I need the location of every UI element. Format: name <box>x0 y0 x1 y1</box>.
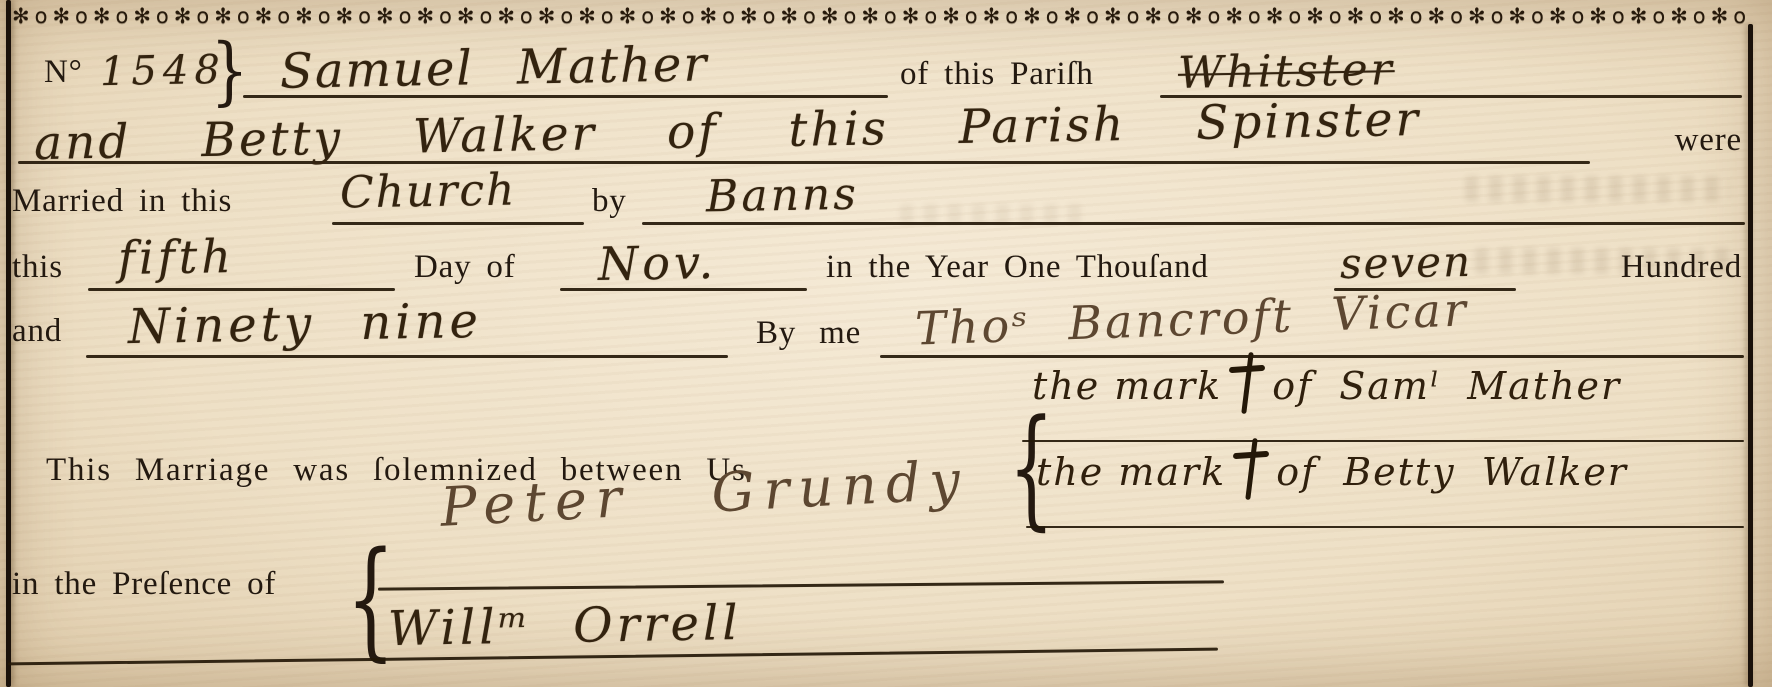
printed-hundred: Hundred <box>1621 249 1742 286</box>
witness-signature-2: Willᵐ Orrell <box>388 595 743 657</box>
entry-number: 1548 <box>100 47 227 95</box>
entry-rule <box>86 355 728 358</box>
page-right-edge <box>1748 24 1753 687</box>
bride-mark-post: of Betty Walker <box>1276 450 1628 494</box>
entry-rule <box>642 222 1745 225</box>
presence-printed: in the Preſence of <box>12 566 276 603</box>
fleuron-border-icon: ✻o✻o✻o✻o✻o✻o✻o✻o✻o✻o✻o✻o✻o✻o✻o✻o✻o✻o✻o✻o… <box>12 1 1750 33</box>
printed-this: this <box>12 249 63 286</box>
register-page: ✻o✻o✻o✻o✻o✻o✻o✻o✻o✻o✻o✻o✻o✻o✻o✻o✻o✻o✻o✻o… <box>0 0 1772 687</box>
printed-married-in-this: Married in this <box>12 183 232 220</box>
printed-year-phrase: in the Year One Thouſand <box>826 249 1209 286</box>
cross-mark-icon <box>1230 438 1272 500</box>
bleed-through-smudge <box>900 204 1090 224</box>
entry-number-label: N° <box>44 54 83 91</box>
page-left-edge <box>6 0 11 687</box>
printed-of-this-parish: of this Pariſh <box>900 56 1094 93</box>
printed-by-me: By me <box>756 315 861 352</box>
marriage-method: Banns <box>706 169 860 223</box>
groom-occupation: Whitster <box>1178 44 1396 99</box>
marriage-day: fifth <box>118 229 236 285</box>
printed-and: and <box>12 313 62 350</box>
entry-rule <box>332 222 584 225</box>
bride-mark-pre: the mark <box>1036 450 1226 494</box>
year-hundreds: seven <box>1340 237 1473 288</box>
bride-mark-line: the mark of Betty Walker <box>1036 438 1628 494</box>
bleed-through-smudge <box>1465 176 1730 202</box>
printed-day-of: Day of <box>414 249 516 286</box>
entry-rule <box>378 580 1224 590</box>
cross-mark-icon <box>1226 352 1268 414</box>
groom-name: Samuel Mather <box>280 36 709 99</box>
year-tens: Ninety nine <box>128 293 483 355</box>
officiant-signature: Thoˢ Bancroft Vicar <box>914 282 1469 355</box>
groom-mark-post: of Samˡ Mather <box>1272 364 1621 408</box>
place-of-marriage: Church <box>340 164 517 218</box>
groom-mark-line: the mark of Samˡ Mather <box>1032 352 1621 408</box>
printed-by: by <box>592 183 627 220</box>
printed-were: were <box>1675 122 1742 159</box>
entry-rule <box>88 288 395 291</box>
entry-rule <box>1026 526 1744 528</box>
marriage-month: Nov. <box>598 235 718 291</box>
groom-mark-pre: the mark <box>1032 364 1222 408</box>
